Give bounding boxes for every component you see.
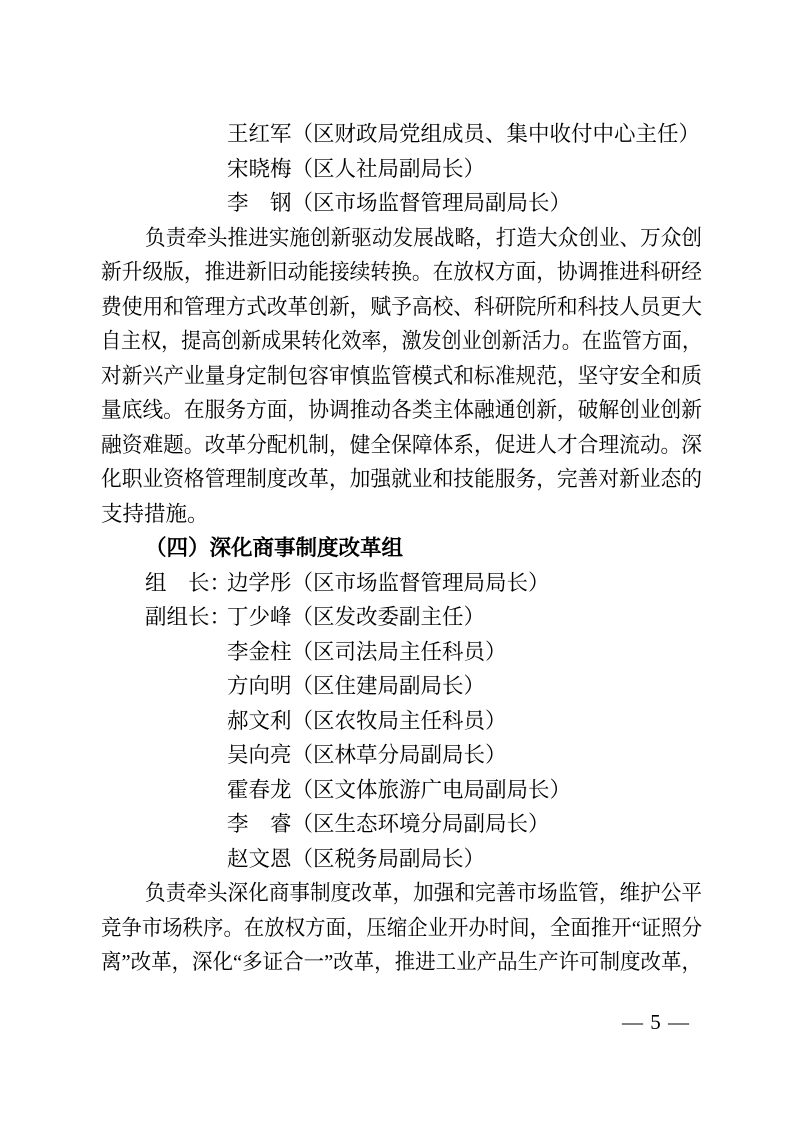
paragraph-line: 竞争市场秩序。在放权方面，压缩企业开办时间，全面推开“证照分 <box>101 911 702 946</box>
paragraph-text: 新升级版，推进新旧动能接续转换。在放权方面，协调推进科研经 <box>101 255 702 290</box>
section-heading: （四）深化商事制度改革组 <box>101 531 702 566</box>
paragraph-line: 自主权，提高创新成果转化效率，激发创业创新活力。在监管方面， <box>101 324 702 359</box>
paragraph-text: 费使用和管理方式改革创新，赋予高校、科研院所和科技人员更大 <box>101 290 702 325</box>
member-text: 李 钢（区市场监督管理局副局长） <box>227 186 571 221</box>
member-text: 宋晓梅（区人社局副局长） <box>227 152 485 187</box>
deputy-name: 霍春龙（区文体旅游广电局副局长） <box>227 773 571 808</box>
paragraph-text: 支持措施。 <box>101 497 209 532</box>
deputy-name: 丁少峰（区发改委副主任） <box>227 600 485 635</box>
deputy-name: 李 睿（区生态环境分局副局长） <box>227 807 550 842</box>
paragraph-line: 对新兴产业量身定制包容审慎监管模式和标准规范，坚守安全和质 <box>101 359 702 394</box>
document-body: 王红军（区财政局党组成员、集中收付中心主任） 宋晓梅（区人社局副局长） 李 钢（… <box>101 117 702 980</box>
paragraph-line: 离”改革，深化“多证合一”改革，推进工业产品生产许可制度改革， <box>101 945 702 980</box>
paragraph-line: 负责牵头深化商事制度改革，加强和完善市场监管，维护公平 <box>101 876 702 911</box>
deputy-name-line: 霍春龙（区文体旅游广电局副局长） <box>101 773 702 808</box>
page-number: — 5 — <box>0 1005 690 1040</box>
paragraph-text: 量底线。在服务方面，协调推动各类主体融通创新，破解创业创新 <box>101 393 702 428</box>
section-heading-text: （四）深化商事制度改革组 <box>145 531 403 566</box>
deputy-label: 副组长： <box>145 600 227 635</box>
member-line: 李 钢（区市场监督管理局副局长） <box>101 186 702 221</box>
paragraph-text: 化职业资格管理制度改革，加强就业和技能服务，完善对新业态的 <box>101 462 702 497</box>
paragraph-text: 自主权，提高创新成果转化效率，激发创业创新活力。在监管方面， <box>101 324 702 359</box>
deputy-name: 赵文恩（区税务局副局长） <box>227 842 485 877</box>
paragraph-line: 新升级版，推进新旧动能接续转换。在放权方面，协调推进科研经 <box>101 255 702 290</box>
paragraph-line: 支持措施。 <box>101 497 702 532</box>
deputy-name-line: 郝文利（区农牧局主任科员） <box>101 704 702 739</box>
deputy-name-line: 方向明（区住建局副局长） <box>101 669 702 704</box>
paragraph-line: 费使用和管理方式改革创新，赋予高校、科研院所和科技人员更大 <box>101 290 702 325</box>
paragraph-text: 负责牵头深化商事制度改革，加强和完善市场监管，维护公平 <box>145 876 702 911</box>
paragraph-line: 融资难题。改革分配机制，健全保障体系，促进人才合理流动。深 <box>101 428 702 463</box>
paragraph-text: 负责牵头推进实施创新驱动发展战略，打造大众创业、万众创 <box>145 221 702 256</box>
paragraph-text: 融资难题。改革分配机制，健全保障体系，促进人才合理流动。深 <box>101 428 702 463</box>
member-line: 宋晓梅（区人社局副局长） <box>101 152 702 187</box>
member-line: 王红军（区财政局党组成员、集中收付中心主任） <box>101 117 702 152</box>
deputy-name: 方向明（区住建局副局长） <box>227 669 485 704</box>
paragraph-line: 量底线。在服务方面，协调推动各类主体融通创新，破解创业创新 <box>101 393 702 428</box>
leader-label: 组 长： <box>145 566 227 601</box>
deputy-name-line: 赵文恩（区税务局副局长） <box>101 842 702 877</box>
leader-name: 边学彤（区市场监督管理局局长） <box>227 566 550 601</box>
deputy-name-line: 李 睿（区生态环境分局副局长） <box>101 807 702 842</box>
deputy-name: 郝文利（区农牧局主任科员） <box>227 704 507 739</box>
deputy-name-line: 李金柱（区司法局主任科员） <box>101 635 702 670</box>
member-text: 王红军（区财政局党组成员、集中收付中心主任） <box>227 117 700 152</box>
leader-line: 组 长：边学彤（区市场监督管理局局长） <box>101 566 702 601</box>
document-page: 王红军（区财政局党组成员、集中收付中心主任） 宋晓梅（区人社局副局长） 李 钢（… <box>0 0 793 1122</box>
paragraph-text: 离”改革，深化“多证合一”改革，推进工业产品生产许可制度改革， <box>101 945 702 980</box>
deputy-name-line: 吴向亮（区林草分局副局长） <box>101 738 702 773</box>
deputy-name: 吴向亮（区林草分局副局长） <box>227 738 507 773</box>
paragraph-line: 化职业资格管理制度改革，加强就业和技能服务，完善对新业态的 <box>101 462 702 497</box>
paragraph-text: 竞争市场秩序。在放权方面，压缩企业开办时间，全面推开“证照分 <box>101 911 702 946</box>
deputy-line: 副组长：丁少峰（区发改委副主任） <box>101 600 702 635</box>
deputy-name: 李金柱（区司法局主任科员） <box>227 635 507 670</box>
paragraph-line: 负责牵头推进实施创新驱动发展战略，打造大众创业、万众创 <box>101 221 702 256</box>
paragraph-text: 对新兴产业量身定制包容审慎监管模式和标准规范，坚守安全和质 <box>101 359 702 394</box>
